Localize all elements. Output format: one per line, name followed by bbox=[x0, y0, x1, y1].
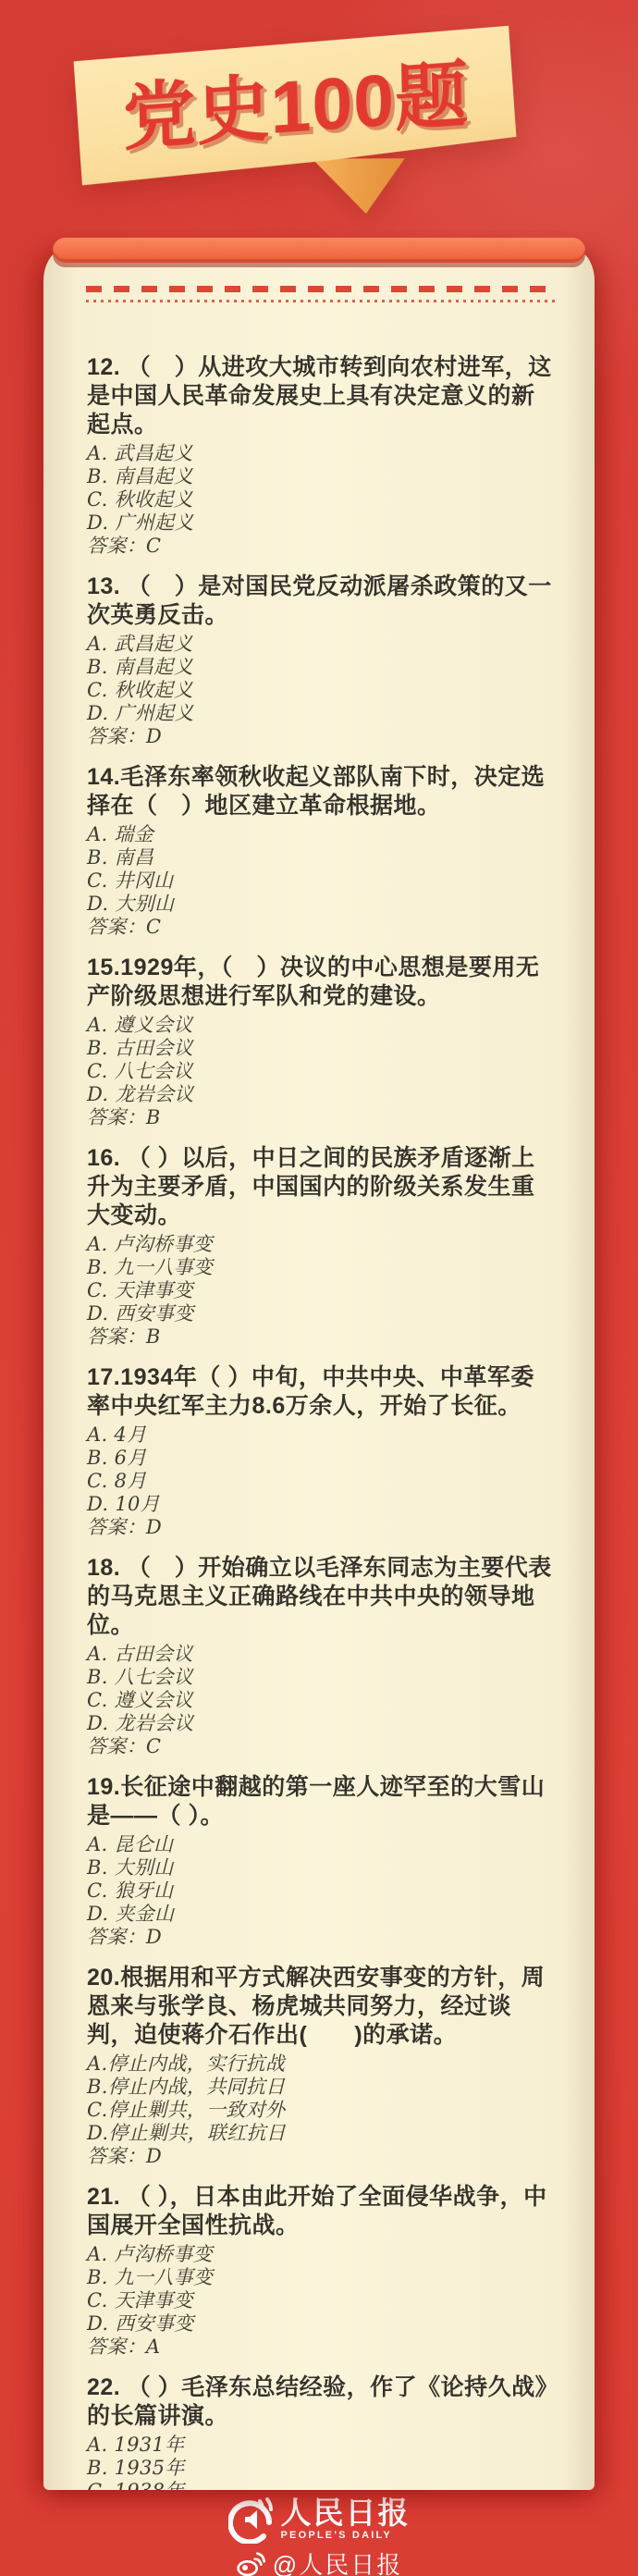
quiz-paper: 12. （ ）从进攻大城市转到向农村进军，这是中国人民革命发展史上具有决定意义的… bbox=[43, 250, 595, 2490]
option-item: D. 10月 bbox=[87, 1493, 554, 1516]
answer-line: 答案：D bbox=[87, 1926, 554, 1949]
option-item: A. 4月 bbox=[87, 1424, 554, 1447]
answer-label: 答案： bbox=[87, 2145, 146, 2167]
option-item: A.停止内战，实行抗战 bbox=[87, 2052, 554, 2076]
option-item: A. 昆仑山 bbox=[87, 1833, 554, 1856]
question-block: 17.1934年（ ）中旬，中共中央、中革军委率中央红军主力8.6万余人，开始了… bbox=[87, 1363, 554, 1539]
brand-name-cn: 人民日报 bbox=[281, 2497, 411, 2529]
brand-text-group: 人民日报 PEOPLE'S DAILY bbox=[281, 2497, 411, 2541]
answer-label: 答案： bbox=[87, 1516, 146, 1538]
option-item: B. 1935年 bbox=[87, 2457, 554, 2480]
option-item: A. 武昌起义 bbox=[87, 442, 554, 465]
answer-value: D bbox=[146, 1926, 162, 1948]
question-block: 20.根据用和平方式解决西安事变的方针，周恩来与张学良、杨虎城共同努力，经过谈判… bbox=[87, 1964, 554, 2168]
option-item: D. 龙岩会议 bbox=[87, 1712, 554, 1735]
brand-row: 人民日报 PEOPLE'S DAILY bbox=[228, 2497, 411, 2544]
weibo-handle: @人民日报 bbox=[273, 2546, 402, 2576]
option-item: C. 1938年 bbox=[87, 2480, 554, 2490]
option-list: A. 昆仑山B. 大别山C. 狼牙山D. 夹金山 bbox=[87, 1833, 554, 1926]
option-item: D. 西安事变 bbox=[87, 2312, 554, 2336]
option-item: B. 九一八事变 bbox=[87, 1256, 554, 1279]
question-block: 16. （ ）以后，中日之间的民族矛盾逐渐上升为主要矛盾，中国国内的阶级关系发生… bbox=[87, 1144, 554, 1349]
question-text: 22. （ ）毛泽东总结经验，作了《论持久战》的长篇讲演。 bbox=[87, 2373, 554, 2431]
option-item: D. 夹金山 bbox=[87, 1903, 554, 1926]
option-item: A. 瑞金 bbox=[87, 823, 554, 846]
banner-title: 党史100题 bbox=[122, 56, 469, 154]
title-banner: 党史100题 bbox=[73, 26, 522, 252]
brand-name-en: PEOPLE'S DAILY bbox=[281, 2530, 392, 2541]
question-text: 19.长征途中翻越的第一座人迹罕至的大雪山是——（ ）。 bbox=[87, 1773, 554, 1830]
answer-line: 答案：B bbox=[87, 1325, 554, 1349]
paper-slot-bar bbox=[53, 238, 585, 263]
option-list: A. 武昌起义B. 南昌起义C. 秋收起义D. 广州起义 bbox=[87, 442, 554, 535]
option-item: A. 卢沟桥事变 bbox=[87, 2243, 554, 2266]
option-item: C. 天津事变 bbox=[87, 2289, 554, 2312]
option-list: A. 卢沟桥事变B. 九一八事变C. 天津事变D. 西安事变 bbox=[87, 2243, 554, 2336]
answer-line: 答案：C bbox=[87, 1735, 554, 1758]
question-text: 15.1929年，（ ）决议的中心思想是要用无产阶级思想进行军队和党的建设。 bbox=[87, 954, 554, 1011]
answer-value: C bbox=[146, 535, 161, 557]
weibo-row: @人民日报 bbox=[236, 2546, 402, 2576]
answer-line: 答案：C bbox=[87, 535, 554, 558]
option-item: D. 大别山 bbox=[87, 893, 554, 916]
question-list: 12. （ ）从进攻大城市转到向农村进军，这是中国人民革命发展史上具有决定意义的… bbox=[87, 353, 554, 2490]
option-item: C. 狼牙山 bbox=[87, 1880, 554, 1903]
option-item: D. 广州起义 bbox=[87, 702, 554, 725]
question-text: 21. （ ），日本由此开始了全面侵华战争，中国展开全国性抗战。 bbox=[87, 2183, 554, 2240]
option-item: A. 武昌起义 bbox=[87, 633, 554, 656]
answer-value: C bbox=[146, 1735, 161, 1757]
question-text: 14.毛泽东率领秋收起义部队南下时，决定选择在（ ）地区建立革命根据地。 bbox=[87, 763, 554, 820]
question-block: 12. （ ）从进攻大城市转到向农村进军，这是中国人民革命发展史上具有决定意义的… bbox=[87, 353, 554, 558]
option-item: B. 八七会议 bbox=[87, 1666, 554, 1689]
question-block: 19.长征途中翻越的第一座人迹罕至的大雪山是——（ ）。 A. 昆仑山B. 大别… bbox=[87, 1773, 554, 1949]
option-item: B.停止内战，共同抗日 bbox=[87, 2076, 554, 2099]
question-text: 16. （ ）以后，中日之间的民族矛盾逐渐上升为主要矛盾，中国国内的阶级关系发生… bbox=[87, 1144, 554, 1230]
option-list: A. 遵义会议B. 古田会议C. 八七会议D. 龙岩会议 bbox=[87, 1014, 554, 1106]
option-item: A. 卢沟桥事变 bbox=[87, 1233, 554, 1256]
answer-label: 答案： bbox=[87, 535, 146, 557]
option-item: C. 天津事变 bbox=[87, 1279, 554, 1302]
answer-value: D bbox=[146, 1516, 162, 1538]
answer-label: 答案： bbox=[87, 1325, 146, 1348]
answer-value: B bbox=[146, 1106, 161, 1128]
option-item: B. 6月 bbox=[87, 1447, 554, 1470]
answer-label: 答案： bbox=[87, 2336, 146, 2358]
option-item: D. 龙岩会议 bbox=[87, 1083, 554, 1106]
answer-line: 答案：B bbox=[87, 1106, 554, 1129]
option-item: C. 秋收起义 bbox=[87, 679, 554, 702]
answer-line: 答案：D bbox=[87, 2145, 554, 2168]
option-list: A. 1931年B. 1935年C. 1938年D. 1945年 bbox=[87, 2434, 554, 2490]
option-item: A. 古田会议 bbox=[87, 1643, 554, 1666]
answer-value: B bbox=[146, 1325, 161, 1348]
option-item: B. 南昌起义 bbox=[87, 656, 554, 679]
question-block: 22. （ ）毛泽东总结经验，作了《论持久战》的长篇讲演。 A. 1931年B.… bbox=[87, 2373, 554, 2490]
option-item: D.停止剿共，联红抗日 bbox=[87, 2122, 554, 2145]
option-item: C. 遵义会议 bbox=[87, 1689, 554, 1712]
option-item: B. 古田会议 bbox=[87, 1037, 554, 1060]
option-item: C. 八七会议 bbox=[87, 1060, 554, 1083]
option-list: A. 武昌起义B. 南昌起义C. 秋收起义D. 广州起义 bbox=[87, 633, 554, 725]
answer-label: 答案： bbox=[87, 916, 146, 938]
option-item: C. 8月 bbox=[87, 1470, 554, 1493]
at-megaphone-icon bbox=[228, 2497, 275, 2544]
option-list: A. 4月B. 6月C. 8月D. 10月 bbox=[87, 1424, 554, 1516]
option-item: C.停止剿共，一致对外 bbox=[87, 2099, 554, 2122]
option-list: A. 卢沟桥事变B. 九一八事变C. 天津事变D. 西安事变 bbox=[87, 1233, 554, 1325]
question-text: 18. （ ）开始确立以毛泽东同志为主要代表的马克思主义正确路线在中共中央的领导… bbox=[87, 1554, 554, 1640]
question-block: 18. （ ）开始确立以毛泽东同志为主要代表的马克思主义正确路线在中共中央的领导… bbox=[87, 1554, 554, 1758]
question-text: 20.根据用和平方式解决西安事变的方针，周恩来与张学良、杨虎城共同努力，经过谈判… bbox=[87, 1964, 554, 2050]
question-block: 21. （ ），日本由此开始了全面侵华战争，中国展开全国性抗战。 A. 卢沟桥事… bbox=[87, 2183, 554, 2359]
tear-line-dotted bbox=[86, 300, 558, 302]
tear-line-dashed bbox=[86, 286, 558, 292]
answer-label: 答案： bbox=[87, 725, 146, 747]
answer-value: A bbox=[146, 2336, 160, 2358]
answer-label: 答案： bbox=[87, 1926, 146, 1948]
answer-line: 答案：C bbox=[87, 916, 554, 939]
weibo-icon bbox=[236, 2549, 265, 2576]
question-text: 12. （ ）从进攻大城市转到向农村进军，这是中国人民革命发展史上具有决定意义的… bbox=[87, 353, 554, 439]
quiz-poster: 党史100题 12. （ ）从进攻大城市转到向农村进军，这是中国人民革命发展史上… bbox=[0, 0, 638, 2576]
answer-line: 答案：D bbox=[87, 1516, 554, 1539]
footer-brand: 人民日报 PEOPLE'S DAILY @人民日报 bbox=[0, 2497, 638, 2576]
option-list: A. 古田会议B. 八七会议C. 遵义会议D. 龙岩会议 bbox=[87, 1643, 554, 1735]
question-text: 13. （ ）是对国民党反动派屠杀政策的又一次英勇反击。 bbox=[87, 573, 554, 630]
option-item: C. 井冈山 bbox=[87, 869, 554, 893]
question-text: 17.1934年（ ）中旬，中共中央、中革军委率中央红军主力8.6万余人，开始了… bbox=[87, 1363, 554, 1421]
option-item: A. 1931年 bbox=[87, 2434, 554, 2457]
option-list: A. 瑞金B. 南昌C. 井冈山D. 大别山 bbox=[87, 823, 554, 916]
answer-label: 答案： bbox=[87, 1106, 146, 1128]
option-item: B. 大别山 bbox=[87, 1856, 554, 1880]
question-block: 13. （ ）是对国民党反动派屠杀政策的又一次英勇反击。 A. 武昌起义B. 南… bbox=[87, 573, 554, 748]
answer-value: D bbox=[146, 2145, 162, 2167]
answer-value: D bbox=[146, 725, 162, 747]
option-item: A. 遵义会议 bbox=[87, 1014, 554, 1037]
ribbon-face: 党史100题 bbox=[73, 26, 518, 186]
answer-label: 答案： bbox=[87, 1735, 146, 1757]
option-item: B. 九一八事变 bbox=[87, 2266, 554, 2289]
option-item: D. 广州起义 bbox=[87, 512, 554, 535]
option-list: A.停止内战，实行抗战B.停止内战，共同抗日C.停止剿共，一致对外D.停止剿共，… bbox=[87, 2052, 554, 2145]
question-block: 15.1929年，（ ）决议的中心思想是要用无产阶级思想进行军队和党的建设。 A… bbox=[87, 954, 554, 1129]
question-block: 14.毛泽东率领秋收起义部队南下时，决定选择在（ ）地区建立革命根据地。 A. … bbox=[87, 763, 554, 939]
answer-line: 答案：D bbox=[87, 725, 554, 748]
option-item: C. 秋收起义 bbox=[87, 488, 554, 512]
answer-value: C bbox=[146, 916, 161, 938]
answer-line: 答案：A bbox=[87, 2336, 554, 2359]
option-item: B. 南昌 bbox=[87, 846, 554, 869]
option-item: D. 西安事变 bbox=[87, 1302, 554, 1325]
option-item: B. 南昌起义 bbox=[87, 465, 554, 488]
